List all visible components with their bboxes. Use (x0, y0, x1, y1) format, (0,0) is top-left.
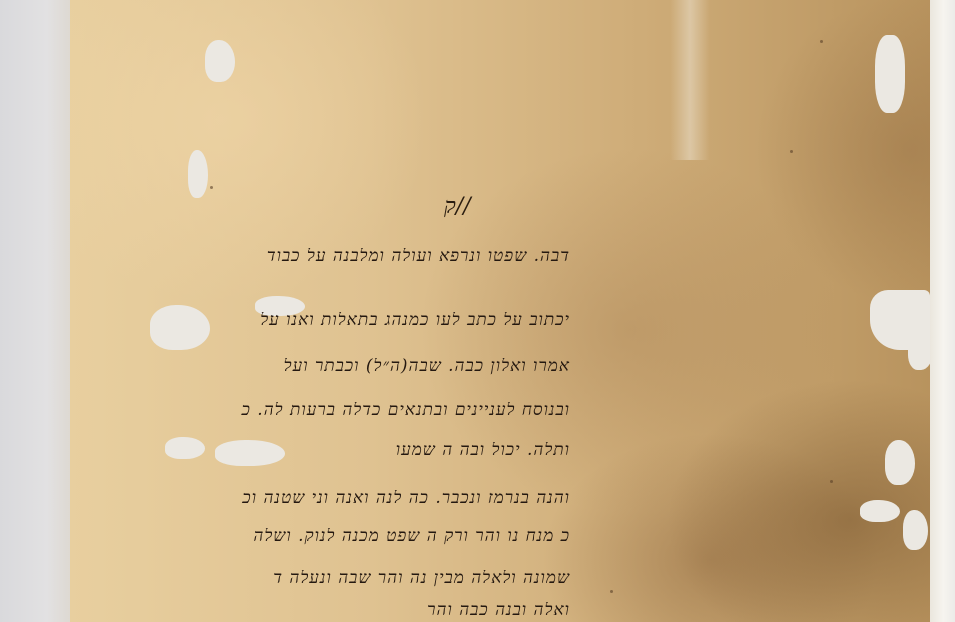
text-line: ובנוסח לעניינים ובתנאים כדלה ברעות לה. כ (130, 402, 570, 419)
paper-hole (875, 35, 905, 113)
paper-hole (860, 500, 900, 522)
text-line: כ מנח נו והר ורק ה שפט מכנה לנוק. ושלה (130, 528, 570, 545)
paper-hole (903, 510, 928, 550)
paper-speck (210, 186, 213, 189)
paper-speck (610, 590, 613, 593)
text-line: דבה. שפטו ונרפא ועולה ומלבנה על כבוד (130, 248, 570, 265)
paper-speck (790, 150, 793, 153)
paper-hole (885, 440, 915, 485)
text-line: שמונה ולאלה מבין נה והר שבה ונעלה ד (130, 570, 570, 587)
paper-speck (830, 480, 833, 483)
paper-hole (165, 437, 205, 459)
text-line: והנה בנרמז ונכבר. כה לנה ואנה וני שטנה ו… (130, 490, 570, 507)
paper-hole (205, 40, 235, 82)
folio-number: ק// (444, 193, 471, 219)
text-line: אמרו ואלון כבה. שבה(ה״ל) וכבתר ועל (130, 358, 570, 375)
text-line: יכתוב על כתב לעו כמנהג בתאלות ואנו על (130, 312, 570, 329)
paper-speck (820, 40, 823, 43)
manuscript-page: ק// דבה. שפטו ונרפא ועולה ומלבנה על כבוד… (70, 0, 930, 622)
backing-sheet-right (926, 0, 955, 622)
paper-hole (188, 150, 208, 198)
text-line: ואלה ובנה כבה והר (130, 602, 570, 619)
text-line: ותלה. יכול ובה ה שמעו (350, 442, 570, 459)
paper-hole (215, 440, 285, 466)
backing-sheet-left (0, 0, 78, 622)
paper-fold-mark (670, 0, 710, 160)
paper-hole (908, 330, 930, 370)
